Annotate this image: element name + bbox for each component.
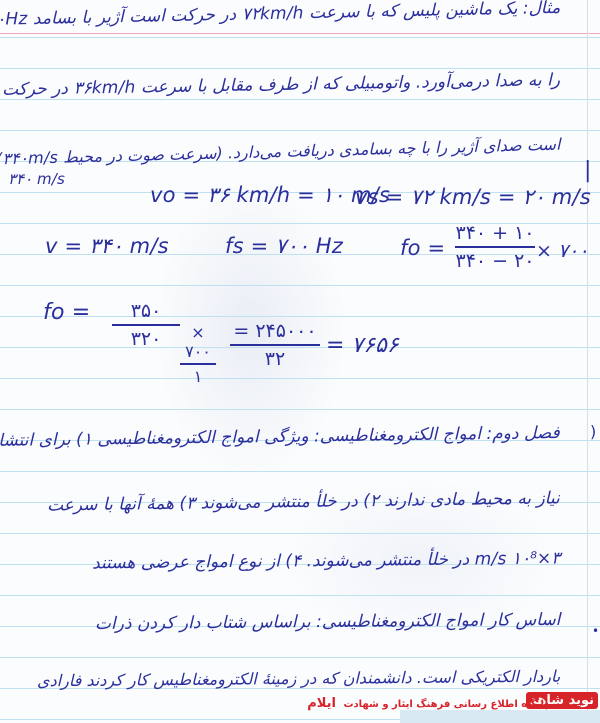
equation-v: v = ۳۴۰ m/s: [45, 234, 169, 258]
fraction-denominator: ۱: [194, 367, 203, 386]
problem-line-1: مثال: یک ماشین پلیس که با سرعت ۷۲km/h در…: [0, 0, 560, 30]
fraction-denominator: ۳۴۰ − ۲۰: [455, 250, 534, 272]
fraction-multiplier: × ۷۰۰ ۱: [180, 323, 216, 386]
fraction-numerator: × ۷۰۰: [185, 323, 211, 361]
fraction-fo: ۳۴۰ + ۱۰ ۳۴۰ − ۲۰: [455, 222, 535, 272]
equation-vs: vs = ۷۲ km/s = ۲۰ m/s: [355, 185, 591, 209]
watermark: نوید شاهد پایگاه اطلاع رسانی فرهنگ ایثار…: [400, 689, 600, 723]
problem-line-2: را به صدا درمی‌آورد. واتومبیلی که از طرف…: [2, 70, 560, 100]
fraction-numerator: ۳۴۰ + ۱۰: [455, 222, 534, 244]
watermark-site: پایگاه اطلاع رسانی فرهنگ ایثار و شهادت: [343, 699, 548, 710]
ruled-line: [0, 130, 600, 131]
equation-fs: fs = ۷۰۰ Hz: [225, 234, 343, 258]
top-rule: [0, 33, 600, 34]
section-line-2: نیاز به محیط مادی ندارند ۲) در خلأ منتشر…: [47, 488, 560, 515]
equation-fo-multiplier: × ۷۰۰: [536, 240, 589, 262]
fraction-bar: [112, 324, 180, 326]
problem-line-3: است صدای آژیر را با چه بسامدی دریافت می‌…: [0, 135, 560, 169]
equation-result: = ۷۶۵۶: [326, 333, 399, 358]
section-line-4: اساس کار امواج الکترومغناطیسی: براساس شت…: [95, 610, 561, 634]
fraction-numerator: ۳۵۰: [131, 300, 162, 322]
margin-line: [587, 0, 588, 723]
fraction-numerator: = ۲۴۵۰۰۰: [233, 320, 316, 342]
section-heading: فصل دوم: امواج الکترومغناطیسی: ویژگی امو…: [0, 423, 560, 451]
ruled-line: [0, 657, 600, 658]
ruled-line: [0, 533, 600, 534]
margin-marker: |: [584, 158, 591, 183]
fraction-fo3: = ۲۴۵۰۰۰ ۳۲: [230, 320, 320, 370]
notebook-page: مثال: یک ماشین پلیس که با سرعت ۷۲km/h در…: [0, 0, 600, 723]
fraction-bar: [230, 344, 320, 346]
ruled-line: [0, 378, 600, 379]
ruled-line: [0, 471, 600, 472]
watermark-city: ایلام: [307, 696, 336, 711]
fraction-bar: [180, 363, 216, 365]
ruled-line: [0, 595, 600, 596]
ruled-line: [0, 99, 600, 100]
margin-marker: •: [592, 624, 599, 638]
margin-marker: ): [590, 422, 596, 441]
equation-fo2-label: fo =: [43, 300, 90, 325]
fraction-fo2: ۳۵۰ ۳۲۰: [112, 300, 180, 350]
fraction-bar: [455, 246, 535, 248]
ruled-line: [0, 409, 600, 410]
watermark-text: پایگاه اطلاع رسانی فرهنگ ایثار و شهادت ا…: [307, 696, 548, 711]
section-line-3: ۳×۱۰⁸ m/s در خلأ منتشر می‌شوند. ۴) از نو…: [92, 549, 561, 574]
section-line-5: باردار الکتریکی است. دانشمندان که در زمی…: [37, 667, 560, 691]
margin-note: ۳۴۰ m/s: [8, 170, 65, 188]
fraction-denominator: ۳۲۰: [131, 328, 162, 350]
ruled-line: [0, 37, 600, 38]
equation-fo-label: fo =: [400, 236, 445, 260]
fraction-denominator: ۳۲: [265, 348, 285, 370]
ruled-line: [0, 68, 600, 69]
ruled-line: [0, 285, 600, 286]
